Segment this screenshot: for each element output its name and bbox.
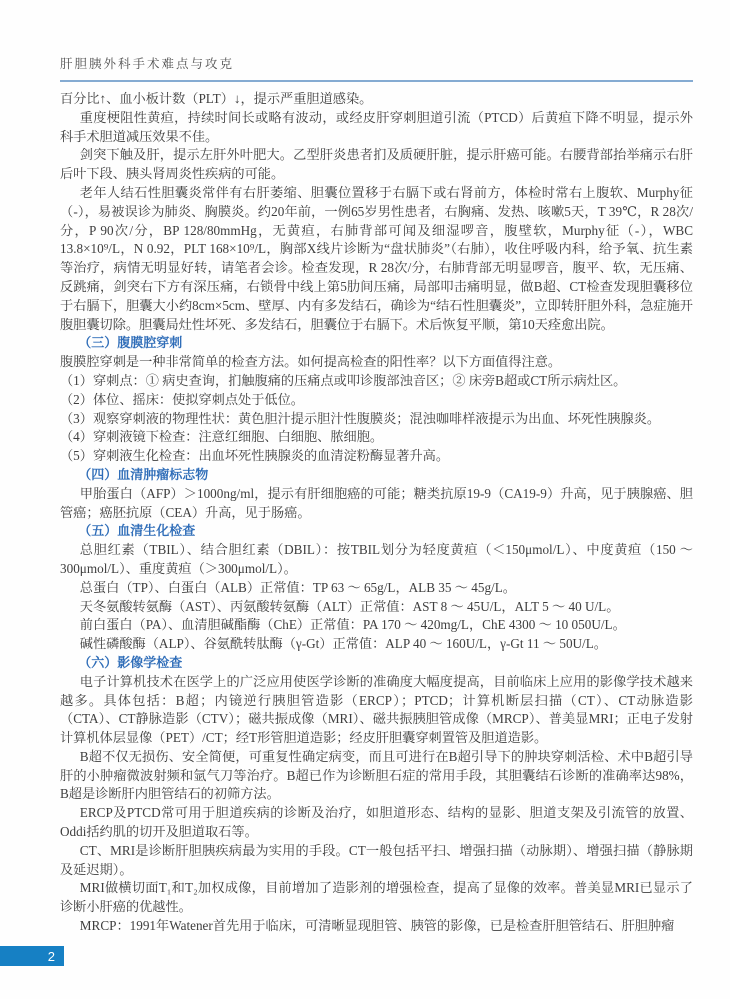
paragraph: ERCP及PTCD常可用于胆道疾病的诊断及治疗，如胆道形态、结构的显影、胆道支架… <box>60 804 693 842</box>
paragraph: 总胆红素（TBIL）、结合胆红素（DBIL）：按TBIL划分为轻度黄疸（＜150… <box>60 541 693 579</box>
section-heading: （四）血清肿瘤标志物 <box>60 466 693 485</box>
running-head-title: 肝胆胰外科手术难点与攻克 <box>60 54 693 72</box>
paragraph: 总蛋白（TP）、白蛋白（ALB）正常值：TP 63 ～ 65g/L，ALB 35… <box>60 579 693 598</box>
paragraph: CT、MRI是诊断肝胆胰疾病最为实用的手段。CT一般包括平扫、增强扫描（动脉期）… <box>60 842 693 880</box>
paragraph: （5）穿刺液生化检查：出血坏死性胰腺炎的血清淀粉酶显著升高。 <box>60 447 693 466</box>
paragraph: 老年人结石性胆囊炎常伴有右肝萎缩、胆囊位置移于右膈下或右肾前方，体检时常右上腹软… <box>60 184 693 334</box>
paragraph: 甲胎蛋白（AFP）＞1000ng/ml，提示有肝细胞癌的可能；糖类抗原19-9（… <box>60 485 693 523</box>
header-divider-rule <box>60 80 693 82</box>
page-number-badge: 2 <box>0 946 64 966</box>
page-header: 肝胆胰外科手术难点与攻克 <box>60 54 693 82</box>
paragraph: （1）穿刺点：① 病史查询，扪触腹痛的压痛点或叩诊腹部浊音区；② 床旁B超或CT… <box>60 372 693 391</box>
paragraph: 重度梗阻性黄疸，持续时间长或略有波动，或经皮肝穿刺胆道引流（PTCD）后黄疸下降… <box>60 109 693 147</box>
section-heading: （六）影像学检查 <box>60 654 693 673</box>
paragraph: 天冬氨酸转氨酶（AST）、丙氨酸转氨酶（ALT）正常值：AST 8 ～ 45U/… <box>60 598 693 617</box>
paragraph: 剑突下触及肝，提示左肝外叶肥大。乙型肝炎患者扪及质硬肝脏，提示肝癌可能。右腰背部… <box>60 146 693 184</box>
paragraph: （2）体位、摇床：使拟穿刺点处于低位。 <box>60 391 693 410</box>
paragraph: （4）穿刺液镜下检查：注意红细胞、白细胞、脓细胞。 <box>60 428 693 447</box>
paragraph: 碱性磷酸酶（ALP）、谷氨酰转肽酶（γ-Gt）正常值：ALP 40 ～ 160U… <box>60 635 693 654</box>
paragraph: B超不仅无损伤、安全简便，可重复性确定病变，而且可进行在B超引导下的肿块穿刺活检… <box>60 748 693 804</box>
page-number: 2 <box>48 949 55 964</box>
paragraph: 腹膜腔穿刺是一种非常简单的检查方法。如何提高检查的阳性率？以下方面值得注意。 <box>60 353 693 372</box>
section-heading: （五）血清生化检查 <box>60 522 693 541</box>
page-body-text: 百分比↑、血小板计数（PLT）↓，提示严重胆道感染。重度梗阻性黄疸，持续时间长或… <box>60 90 693 936</box>
book-page: 肝胆胰外科手术难点与攻克 百分比↑、血小板计数（PLT）↓，提示严重胆道感染。重… <box>0 0 730 999</box>
section-heading: （三）腹膜腔穿刺 <box>60 334 693 353</box>
paragraph: 电子计算机技术在医学上的广泛应用使医学诊断的准确度大幅度提高，目前临床上应用的影… <box>60 673 693 748</box>
paragraph: 前白蛋白（PA）、血清胆碱酯酶（ChE）正常值：PA 170 ～ 420mg/L… <box>60 616 693 635</box>
paragraph: 百分比↑、血小板计数（PLT）↓，提示严重胆道感染。 <box>60 90 693 109</box>
paragraph: （3）观察穿刺液的物理性状：黄色胆汁提示胆汁性腹膜炎；混浊咖啡样液提示为出血、坏… <box>60 410 693 429</box>
paragraph: MRCP：1991年Watener首先用于临床，可清晰显现胆管、胰管的影像，已是… <box>60 917 693 936</box>
paragraph: MRI做横切面T₁和T₂加权成像，目前增加了造影剂的增强检查，提高了显像的效率。… <box>60 879 693 917</box>
